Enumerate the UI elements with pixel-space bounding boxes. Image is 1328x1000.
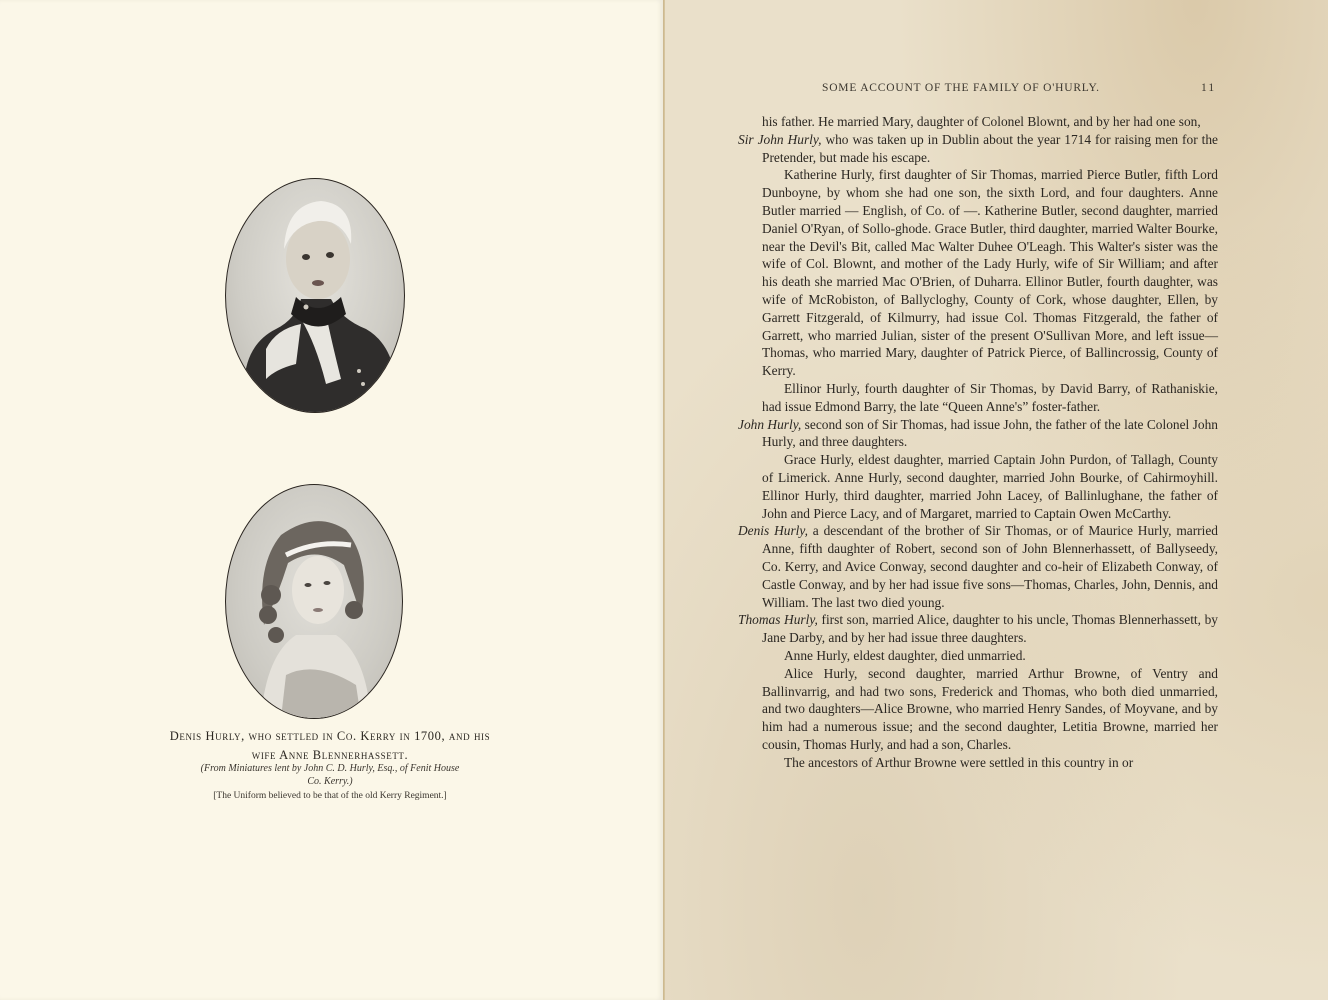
caption-source-line-2: Co. Kerry.) [120, 775, 540, 788]
portrait-man-illustration [226, 179, 404, 412]
paragraph: Ellinor Hurly, fourth daughter of Sir Th… [738, 380, 1218, 416]
paragraph: Anne Hurly, eldest daughter, died unmarr… [738, 647, 1218, 665]
portrait-anne-blennerhassett [225, 484, 403, 719]
entry-name: Denis Hurly, [738, 523, 808, 538]
paragraph: Grace Hurly, eldest daughter, married Ca… [738, 451, 1218, 522]
caption-title-line-1: Denis Hurly, who settled in Co. Kerry in… [120, 727, 540, 746]
running-head: SOME ACCOUNT OF THE FAMILY OF O'HURLY. [822, 82, 1100, 94]
paragraph: The ancestors of Arthur Browne were sett… [738, 754, 1218, 772]
page-number: 11 [1201, 82, 1216, 94]
body-text: his father. He married Mary, daughter of… [738, 113, 1218, 771]
left-page-plate: Denis Hurly, who settled in Co. Kerry in… [0, 0, 663, 1000]
paragraph-entry: Denis Hurly, a descendant of the brother… [738, 522, 1218, 611]
portrait-denis-hurly [225, 178, 405, 413]
paragraph-entry: Thomas Hurly, first son, married Alice, … [738, 611, 1218, 647]
plate-caption-source: (From Miniatures lent by John C. D. Hurl… [120, 762, 540, 788]
entry-name: Thomas Hurly, [738, 612, 818, 627]
caption-source-line-1: (From Miniatures lent by John C. D. Hurl… [120, 762, 540, 775]
entry-name: John Hurly, [738, 417, 801, 432]
paragraph: Katherine Hurly, first daughter of Sir T… [738, 166, 1218, 380]
paragraph: his father. He married Mary, daughter of… [738, 113, 1218, 131]
portrait-woman-illustration [226, 485, 402, 718]
paragraph: Alice Hurly, second daughter, married Ar… [738, 665, 1218, 754]
paragraph-entry: John Hurly, second son of Sir Thomas, ha… [738, 416, 1218, 452]
plate-caption-title: Denis Hurly, who settled in Co. Kerry in… [120, 727, 540, 765]
entry-name: Sir John Hurly, [738, 132, 821, 147]
plate-caption-note: [The Uniform believed to be that of the … [120, 791, 540, 801]
paragraph-entry: Sir John Hurly, who was taken up in Dubl… [738, 131, 1218, 167]
